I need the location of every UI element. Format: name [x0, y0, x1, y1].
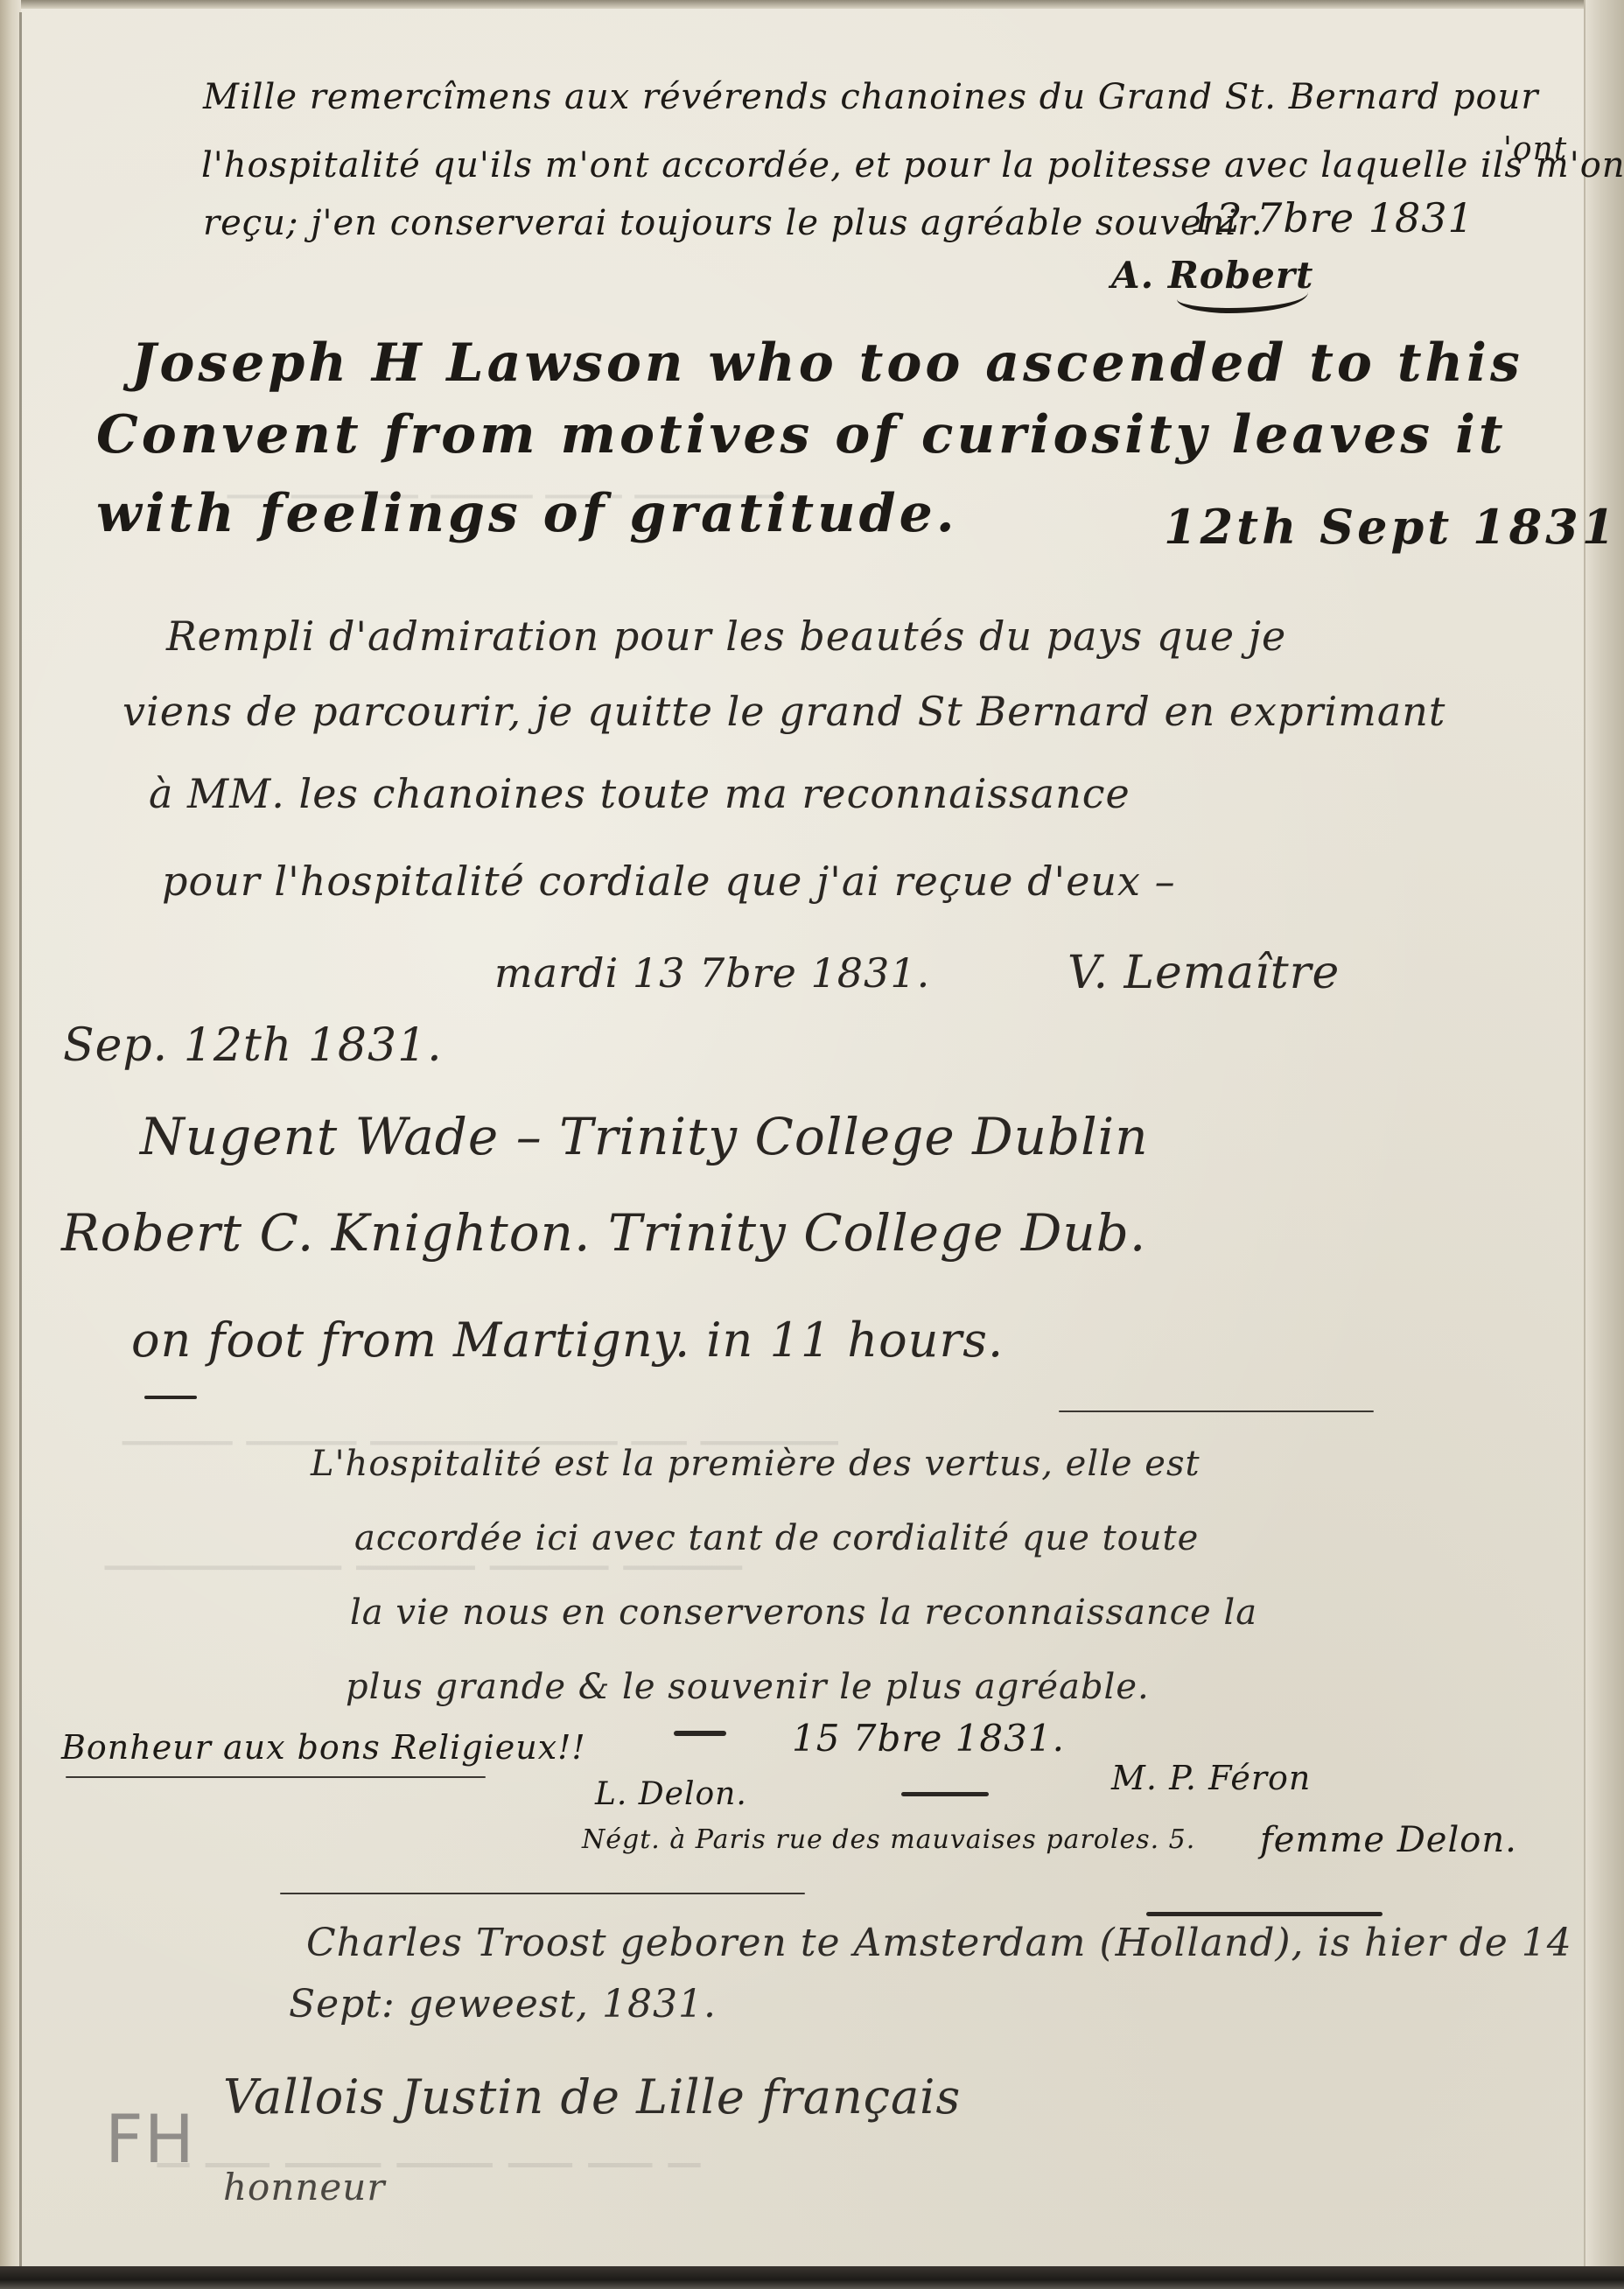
- side-note: Bonheur aux bons Religieux!!: [61, 1728, 586, 1767]
- manuscript-page: ────── ─── ──── ───── ── ───── ── ──────…: [0, 0, 1624, 2289]
- entry-line: reçu; j'en conserverai toujours le plus …: [203, 203, 1263, 243]
- entry-line: Vallois Justin de Lille français: [223, 2069, 961, 2124]
- entry-line: viens de parcourir, je quitte le grand S…: [122, 688, 1445, 735]
- entry-line: Charles Troost geboren te Amsterdam (Hol…: [306, 1921, 1572, 1965]
- entry-date: 15 7bre 1831.: [792, 1717, 1065, 1760]
- signature: L. Delon.: [595, 1776, 747, 1812]
- signature: M. P. Féron: [1111, 1759, 1311, 1797]
- entry-line: l'hospitalité qu'ils m'ont accordée, et …: [201, 145, 1624, 185]
- entry-line: Rempli d'admiration pour les beautés du …: [166, 612, 1286, 660]
- entry-line: with feelings of gratitude.: [96, 483, 958, 544]
- dash-mark: [901, 1792, 989, 1796]
- gutter-fold-line: [19, 12, 22, 2278]
- entry-line: on foot from Martigny. in 11 hours.: [131, 1312, 1004, 1368]
- underline: [66, 1776, 486, 1778]
- divider-mark: [144, 1396, 197, 1399]
- entry-line: à MM. les chanoines toute ma reconnaissa…: [149, 770, 1130, 817]
- entry-line: la vie nous en conserverons la reconnais…: [350, 1592, 1257, 1633]
- entry-heading-date: Sep. 12th 1831.: [63, 1019, 443, 1072]
- signature: femme Delon.: [1260, 1820, 1517, 1860]
- entry-date: mardi 13 7bre 1831.: [494, 949, 930, 997]
- signature: V. Lemaître: [1067, 947, 1340, 999]
- page-top-edge: [0, 0, 1624, 9]
- entry-line: honneur: [223, 2166, 385, 2208]
- entry-date: 12 7bre 1831: [1190, 194, 1474, 241]
- entry-line: Sept: geweest, 1831.: [289, 1982, 717, 2026]
- page-right-edge: [1584, 0, 1624, 2289]
- dash-mark: [674, 1731, 726, 1736]
- margin-fragment: 'ont: [1503, 131, 1567, 167]
- entry-line: pour l'hospitalité cordiale que j'ai reç…: [162, 857, 1176, 905]
- entry-line: L'hospitalité est la première des vertus…: [311, 1444, 1200, 1484]
- entry-line: Robert C. Knighton. Trinity College Dub.: [61, 1203, 1146, 1263]
- address: Négt. à Paris rue des mauvaises paroles.…: [582, 1824, 1195, 1855]
- divider-line: [1146, 1912, 1382, 1916]
- entry-line: plus grande & le souvenir le plus agréab…: [346, 1667, 1150, 1707]
- entry-line: Mille remercîmens aux révérends chanoine…: [203, 77, 1539, 117]
- signature-flourish: [1177, 278, 1308, 313]
- entry-line: Joseph H Lawson who too ascended to this: [131, 332, 1523, 394]
- entry-line: Convent from motives of curiosity leaves…: [96, 404, 1507, 465]
- entry-date: 12th Sept 1831: [1164, 499, 1618, 555]
- entry-line: Nugent Wade – Trinity College Dublin: [140, 1107, 1149, 1166]
- page-bottom-edge: [0, 2266, 1624, 2289]
- entry-line: accordée ici avec tant de cordialité que…: [354, 1518, 1199, 1558]
- book-spine-gutter: [0, 0, 21, 2289]
- divider-line: [1059, 1410, 1374, 1412]
- pencil-mark: FH: [105, 2100, 195, 2178]
- divider-line: [280, 1893, 805, 1894]
